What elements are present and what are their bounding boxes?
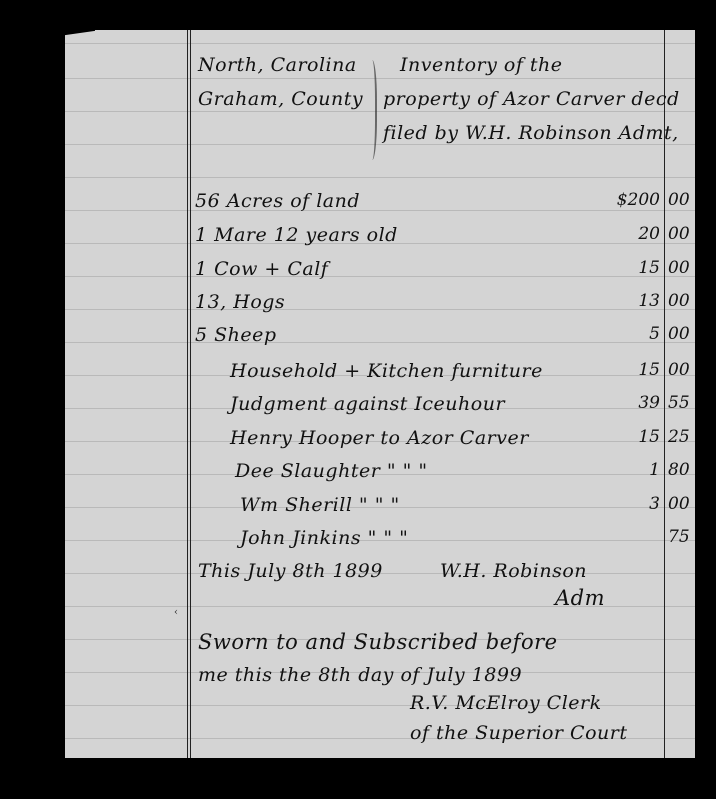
header-title-line3: filed by W.H. Robinson Admt, <box>383 122 679 144</box>
item-cents: 00 <box>668 494 700 514</box>
item-cents: 00 <box>668 324 700 344</box>
oath-line2: me this the 8th day of July 1899 <box>198 664 522 686</box>
item-description: Household + Kitchen furniture <box>230 360 543 382</box>
item-cents: 00 <box>668 360 700 380</box>
item-dollars: 15 <box>600 427 660 447</box>
item-dollars: 5 <box>600 324 660 344</box>
item-cents: 25 <box>668 427 700 447</box>
item-description: 5 Sheep <box>195 324 277 346</box>
header-title-line1: Inventory of the <box>400 54 563 76</box>
item-dollars: $200 <box>600 190 660 210</box>
date-line: This July 8th 1899 <box>198 560 383 582</box>
item-cents: 00 <box>668 190 700 210</box>
item-description: Wm Sherill " " " <box>240 494 400 516</box>
item-description: John Jinkins " " " <box>240 527 408 549</box>
item-cents: 00 <box>668 291 700 311</box>
brace-divider <box>365 60 377 160</box>
item-cents: 00 <box>668 224 700 244</box>
item-dollars: 15 <box>600 360 660 380</box>
header-title-line2: property of Azor Carver decd <box>383 88 680 110</box>
ledger-page: North, Carolina Graham, County Inventory… <box>65 30 695 758</box>
item-cents: 80 <box>668 460 700 480</box>
header-state: North, Carolina <box>198 54 357 76</box>
margin-rule <box>190 30 191 758</box>
administrator-signature: W.H. Robinson <box>440 560 587 582</box>
item-description: 1 Mare 12 years old <box>195 224 398 246</box>
item-description: Judgment against Iceuhour <box>230 393 505 415</box>
clerk-signature: R.V. McElroy Clerk <box>410 692 602 714</box>
margin-rule <box>187 30 188 758</box>
administrator-title: Adm <box>555 586 605 610</box>
oath-line1: Sworn to and Subscribed before <box>198 630 558 654</box>
item-dollars: 39 <box>600 393 660 413</box>
item-dollars: 15 <box>600 258 660 278</box>
item-cents: 00 <box>668 258 700 278</box>
item-cents: 55 <box>668 393 700 413</box>
item-description: Henry Hooper to Azor Carver <box>230 427 529 449</box>
item-description: 56 Acres of land <box>195 190 360 212</box>
item-dollars: 20 <box>600 224 660 244</box>
item-dollars: 3 <box>600 494 660 514</box>
item-dollars: 1 <box>600 460 660 480</box>
clerk-title: of the Superior Court <box>410 722 627 744</box>
header-county: Graham, County <box>198 88 363 110</box>
item-description: 13, Hogs <box>195 291 285 313</box>
item-description: 1 Cow + Calf <box>195 258 328 280</box>
item-dollars: 13 <box>600 291 660 311</box>
margin-mark: ‹ <box>174 607 178 618</box>
item-description: Dee Slaughter " " " <box>235 460 428 482</box>
item-cents: 75 <box>668 527 700 547</box>
